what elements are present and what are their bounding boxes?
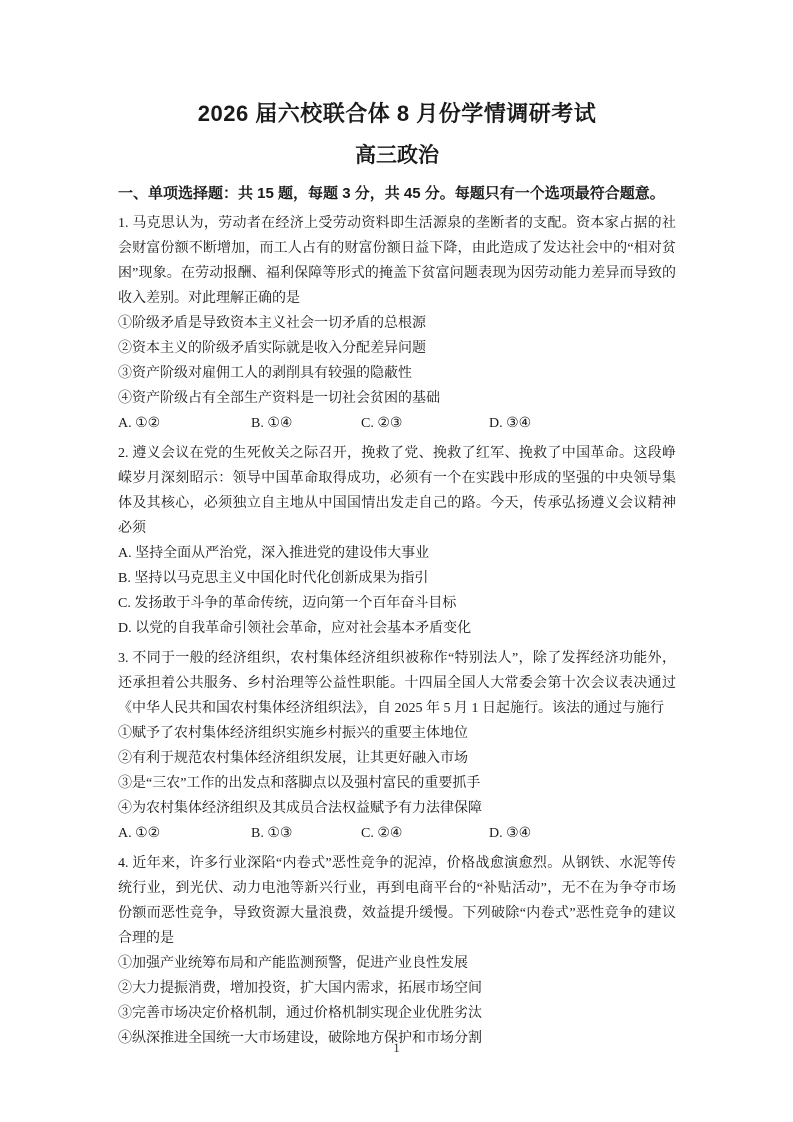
question-3-statement-4: ④为农村集体经济组织及其成员合法权益赋予有力法律保障 [118,796,676,821]
question-1-choice-row: A. ①② B. ①④ C. ②③ D. ③④ [118,411,676,436]
question-3-choice-row: A. ①② B. ①③ C. ②④ D. ③④ [118,821,676,846]
question-2-option-b: B. 坚持以马克思主义中国化时代化创新成果为指引 [118,566,676,591]
question-1-choice-a: A. ①② [118,411,251,436]
question-1-stem: 1. 马克思认为，劳动者在经济上受劳动资料即生活源泉的垄断者的支配。资本家占据的… [118,211,676,311]
question-4-stem: 4. 近年来，许多行业深陷“内卷式”恶性竞争的泥淖，价格战愈演愈烈。从钢铁、水泥… [118,851,676,951]
question-3-statement-2: ②有利于规范农村集体经济组织发展，让其更好融入市场 [118,746,676,771]
page-number: 1 [0,1040,793,1056]
question-3-choice-c: C. ②④ [361,821,489,846]
section-instructions: 一、单项选择题：共 15 题，每题 3 分，共 45 分。每题只有一个选项最符合… [118,181,676,206]
exam-paper-page: 2026 届六校联合体 8 月份学情调研考试 高三政治 一、单项选择题：共 15… [0,0,793,1122]
question-2-stem: 2. 遵义会议在党的生死攸关之际召开，挽救了党、挽救了红军、挽救了中国革命。这段… [118,441,676,541]
exam-title: 2026 届六校联合体 8 月份学情调研考试 [118,100,676,128]
question-1-choice-b: B. ①④ [251,411,361,436]
question-2-option-d: D. 以党的自我革命引领社会革命，应对社会基本矛盾变化 [118,616,676,641]
question-4: 4. 近年来，许多行业深陷“内卷式”恶性竞争的泥淖，价格战愈演愈烈。从钢铁、水泥… [118,851,676,1051]
question-3-statement-3: ③是“三农”工作的出发点和落脚点以及强村富民的重要抓手 [118,771,676,796]
question-1: 1. 马克思认为，劳动者在经济上受劳动资料即生活源泉的垄断者的支配。资本家占据的… [118,211,676,436]
question-4-statement-2: ②大力提振消费，增加投资，扩大国内需求，拓展市场空间 [118,976,676,1001]
question-4-statement-3: ③完善市场决定价格机制，通过价格机制实现企业优胜劣汰 [118,1001,676,1026]
question-1-statement-2: ②资本主义的阶级矛盾实际就是收入分配差异问题 [118,336,676,361]
question-1-statement-4: ④资产阶级占有全部生产资料是一切社会贫困的基础 [118,386,676,411]
question-2: 2. 遵义会议在党的生死攸关之际召开，挽救了党、挽救了红军、挽救了中国革命。这段… [118,441,676,641]
question-1-statement-1: ①阶级矛盾是导致资本主义社会一切矛盾的总根源 [118,311,676,336]
question-2-option-c: C. 发扬敢于斗争的革命传统，迈向第一个百年奋斗目标 [118,591,676,616]
question-3: 3. 不同于一般的经济组织，农村集体经济组织被称作“特别法人”，除了发挥经济功能… [118,646,676,846]
question-1-choice-d: D. ③④ [489,411,531,436]
question-1-statement-3: ③资产阶级对雇佣工人的剥削具有较强的隐蔽性 [118,361,676,386]
question-3-stem: 3. 不同于一般的经济组织，农村集体经济组织被称作“特别法人”，除了发挥经济功能… [118,646,676,721]
question-3-statement-1: ①赋予了农村集体经济组织实施乡村振兴的重要主体地位 [118,721,676,746]
question-3-choice-a: A. ①② [118,821,251,846]
question-1-choice-c: C. ②③ [361,411,489,436]
question-4-statement-1: ①加强产业统筹布局和产能监测预警，促进产业良性发展 [118,951,676,976]
question-3-choice-d: D. ③④ [489,821,531,846]
exam-subject: 高三政治 [118,142,676,170]
question-3-choice-b: B. ①③ [251,821,361,846]
question-2-option-a: A. 坚持全面从严治党，深入推进党的建设伟大事业 [118,541,676,566]
page-content: 2026 届六校联合体 8 月份学情调研考试 高三政治 一、单项选择题：共 15… [118,100,676,1051]
